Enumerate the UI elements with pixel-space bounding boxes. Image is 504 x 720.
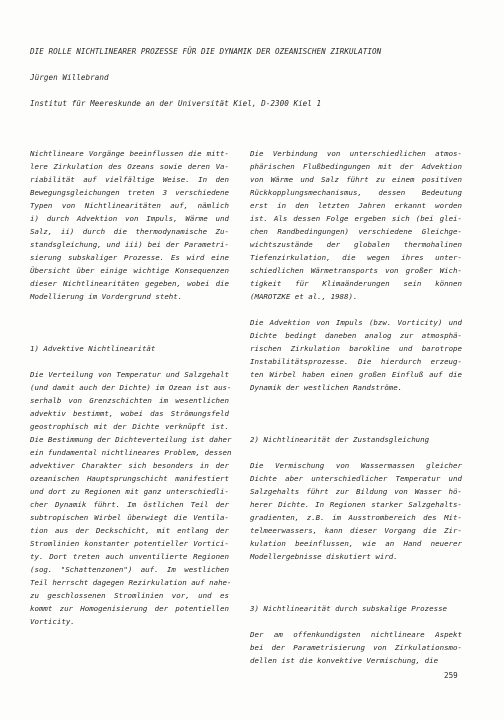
text-line: ist. Als dessen Folge ergeben sich (bei … <box>250 212 462 225</box>
text-line: schiedlichen Wärmetransports von großer … <box>250 264 462 277</box>
text-line: standsgleichung, und iii) bei der Parame… <box>30 238 229 251</box>
section-2-paragraph: Die Vermischung von Wassermassen gleiche… <box>250 459 462 563</box>
section-1-heading: 1) Advektive Nichtlinearität <box>30 342 229 355</box>
text-line: gradienten, z.B. im Ausstrombereich des … <box>250 511 462 524</box>
text-line: riabilität auf vielfältige Weise. In den <box>30 173 229 186</box>
text-line: von Wärme und Salz führt zu einem positi… <box>250 173 462 186</box>
text-line: ten Wirbel haben einen großen Einfluß au… <box>250 368 462 381</box>
abstract-paragraph: Nichtlineare Vorgänge beeinflussen die m… <box>30 147 229 303</box>
text-line: (sog. "Schattenzonen") auf. Im westliche… <box>30 563 229 576</box>
text-line: Übersicht über einige wichtige Konsequen… <box>30 264 229 277</box>
text-line: kulation beeinflussen, wie an Hand neuer… <box>250 537 462 550</box>
text-line: bei der Parametrisierung von Zirkulation… <box>250 641 462 654</box>
right-column: Die Verbindung von unterschiedlichen atm… <box>250 147 462 667</box>
text-line: telmeerwassers, kann dieser Vorgang die … <box>250 524 462 537</box>
text-line: Tiefenzirkulation, die wegen ihres unter… <box>250 251 462 264</box>
text-line: lere Zirkulation des Ozeans sowie deren … <box>30 160 229 173</box>
text-line: Die Advektion von Impuls (bzw. Vorticity… <box>250 316 462 329</box>
author-affiliation: Institut für Meereskunde an der Universi… <box>30 99 321 108</box>
text-line: Modellergebnisse diskutiert wird. <box>250 550 462 563</box>
text-line: ty. Dort treten auch unventilierte Regio… <box>30 550 229 563</box>
text-line: (MAROTZKE et al., 1988). <box>250 290 462 303</box>
text-line: Nichtlineare Vorgänge beeinflussen die m… <box>30 147 229 160</box>
text-line: phärischen Flußbedingungen mit der Advek… <box>250 160 462 173</box>
text-line: Dynamik der westlichen Randströme. <box>250 381 462 394</box>
section-2-heading: 2) Nichtlinearität der Zustandsgleichung <box>250 433 462 446</box>
text-line: Rückkopplungsmechanismus, dessen Bedeutu… <box>250 186 462 199</box>
text-line: wichtszustände der globalen thermohaline… <box>250 238 462 251</box>
text-line: Teil herrscht dagegen Rezirkulation auf … <box>30 576 229 589</box>
text-line: Salzgehalts führt zur Bildung von Wasser… <box>250 485 462 498</box>
text-line: Bewegungsgleichungen treten 3 verschiede… <box>30 186 229 199</box>
text-line: kommt zur Homogenisierung der potentiell… <box>30 602 229 615</box>
section-3-heading: 3) Nichtlinearität durch subskalige Proz… <box>250 602 462 615</box>
text-line: advektiver Charakter sich besonders in d… <box>30 459 229 472</box>
text-line: i) durch Advektion von Impuls, Wärme und <box>30 212 229 225</box>
text-line: dieser Nichtlinearitäten gegeben, wobei … <box>30 277 229 290</box>
left-column: Nichtlineare Vorgänge beeinflussen die m… <box>30 147 229 628</box>
text-line: tigkeit für Klimaänderungen sein können <box>250 277 462 290</box>
text-line: subtropischen Wirbel überwiegt die Venti… <box>30 511 229 524</box>
text-line: Typen von Nichtlinearitäten auf, nämlich <box>30 199 229 212</box>
text-line: Dichte bedingt daneben analog zur atmosp… <box>250 329 462 342</box>
document-page: DIE ROLLE NICHTLINEARER PROZESSE FÜR DIE… <box>0 0 504 720</box>
text-line: dellen ist die konvektive Vermischung, d… <box>250 654 462 667</box>
text-line: Die Vermischung von Wassermassen gleiche… <box>250 459 462 472</box>
text-line: Instabilitätsprozesse. Die hierdurch erz… <box>250 355 462 368</box>
text-line: geostrophisch mit der Dichte verknüpft i… <box>30 420 229 433</box>
text-line: ozeanischen Hauptsprungschicht manifesti… <box>30 472 229 485</box>
section-3-paragraph: Der am offenkundigsten nichtlineare Aspe… <box>250 628 462 667</box>
text-line: Vorticity. <box>30 615 229 628</box>
text-line: cher Dynamik führt. Im östlichen Teil de… <box>30 498 229 511</box>
text-line: chen Randbedingungen) verschiedene Gleic… <box>250 225 462 238</box>
text-line: tion aus der Deckschicht, mit entlang de… <box>30 524 229 537</box>
text-line: Die Bestimmung der Dichteverteilung ist … <box>30 433 229 446</box>
text-line: Die Verteilung von Temperatur und Salzge… <box>30 368 229 381</box>
text-line: (und damit auch der Dichte) im Ozean ist… <box>30 381 229 394</box>
text-line: erst in den letzten Jahren erkannt worde… <box>250 199 462 212</box>
text-line: Salz, ii) durch die thermodynamische Zu- <box>30 225 229 238</box>
text-line: Stromlinien konstanter potentieller Vort… <box>30 537 229 550</box>
text-line: Der am offenkundigsten nichtlineare Aspe… <box>250 628 462 641</box>
text-line: und dort zu Regionen mit ganz unterschie… <box>30 485 229 498</box>
section-1-paragraph: Die Verteilung von Temperatur und Salzge… <box>30 368 229 628</box>
text-line: sierung subskaliger Prozesse. Es wird ei… <box>30 251 229 264</box>
feedback-paragraph: Die Verbindung von unterschiedlichen atm… <box>250 147 462 303</box>
text-line: Die Verbindung von unterschiedlichen atm… <box>250 147 462 160</box>
text-line: zu geschlossenen Stromlinien vor, und es <box>30 589 229 602</box>
text-line: herer Dichte. In Regionen starker Salzge… <box>250 498 462 511</box>
author-name: Jürgen Willebrand <box>30 73 109 82</box>
text-line: ein fundamental nichtlineares Problem, d… <box>30 446 229 459</box>
text-line: Dichte aber unterschiedlicher Temperatur… <box>250 472 462 485</box>
page-number: 259 <box>444 671 458 680</box>
instability-paragraph: Die Advektion von Impuls (bzw. Vorticity… <box>250 316 462 394</box>
text-line: advektiv bestimmt, wobei das Strömungsfe… <box>30 407 229 420</box>
text-line: serhalb von Grenzschichten im wesentlich… <box>30 394 229 407</box>
text-line: rischen Zirkulation barokline und barotr… <box>250 342 462 355</box>
paper-title: DIE ROLLE NICHTLINEARER PROZESSE FÜR DIE… <box>30 47 381 56</box>
text-line: Modellierung im Vordergrund steht. <box>30 290 229 303</box>
